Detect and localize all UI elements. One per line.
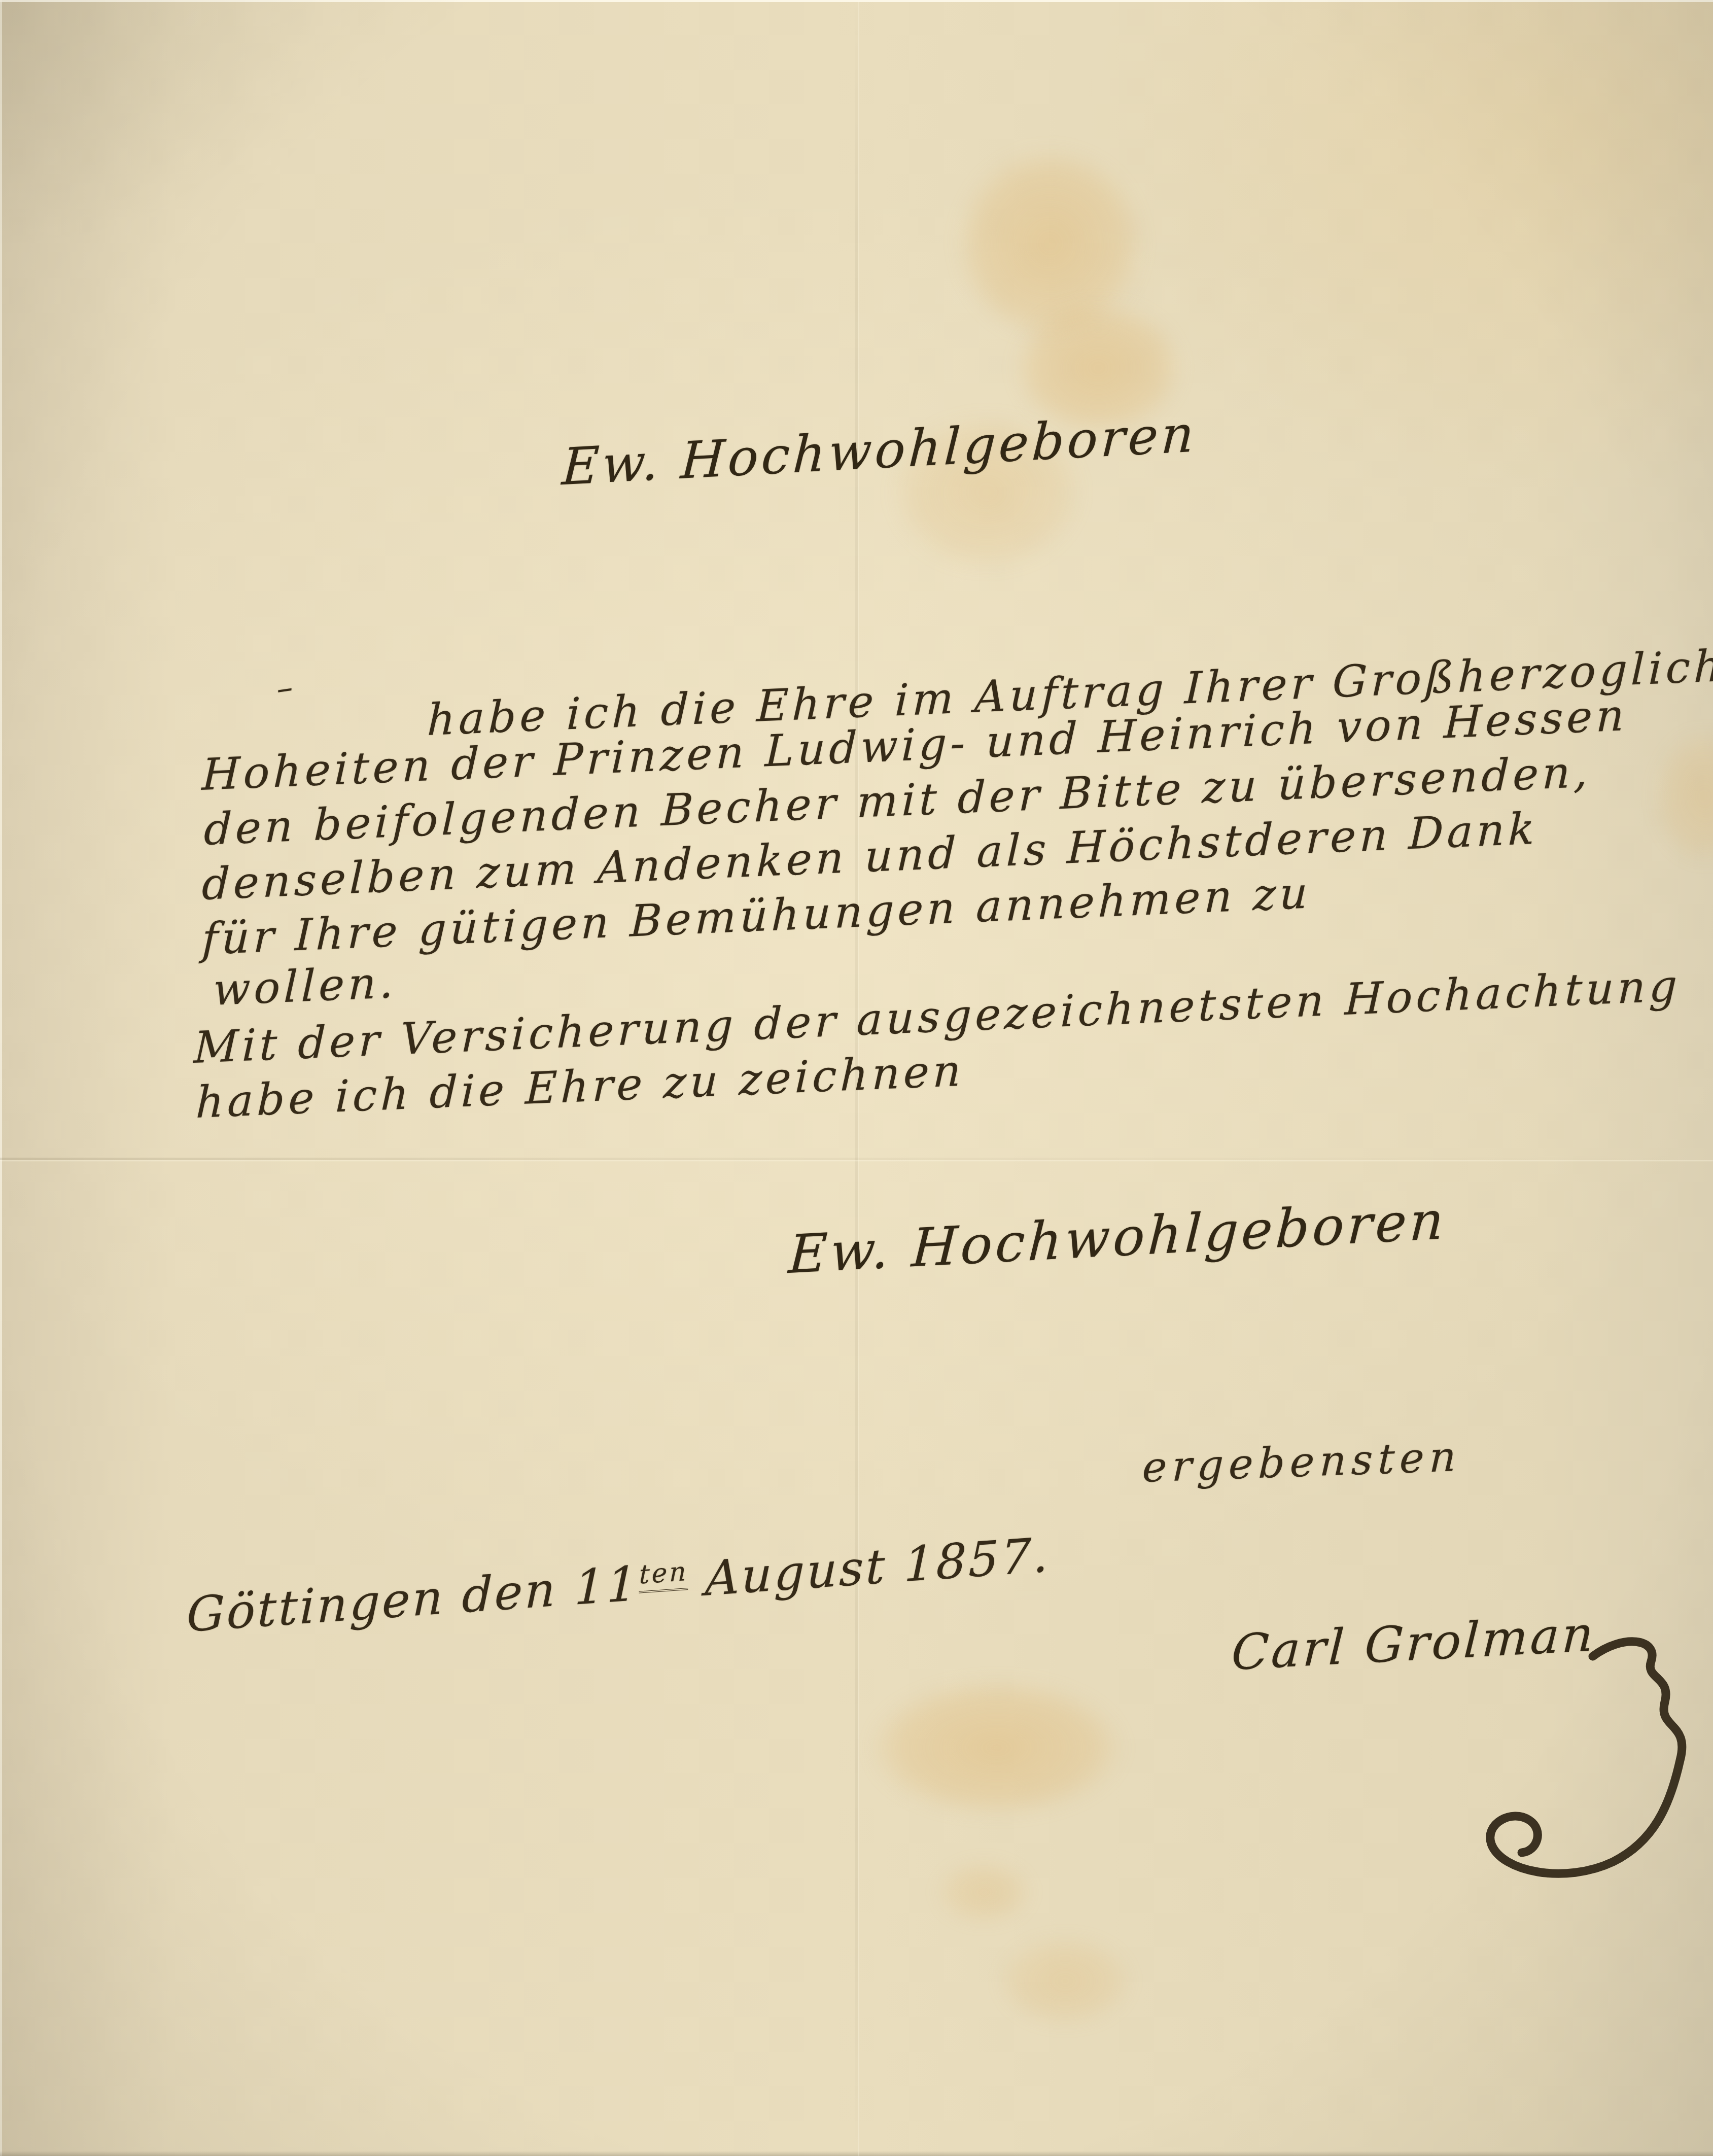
dateline-ordinal-superscript: ten <box>639 1556 688 1593</box>
dateline-post: August 1857. <box>687 1527 1051 1608</box>
scan-edge-left <box>0 0 2 2156</box>
stain-bottom-3 <box>979 1923 1151 2039</box>
stain-right-edge <box>1638 710 1713 883</box>
valediction: ergebensten <box>1141 1433 1462 1492</box>
margin-dash-mark: – <box>274 669 295 708</box>
signature-flourish-icon <box>1441 1618 1713 1943</box>
letter-page: Ew. Hochwohlgeboren – habe ich die Ehre … <box>0 0 1713 2156</box>
dateline: Göttingen den 11ten August 1857. <box>186 1527 1051 1643</box>
dateline-pre: Göttingen den 11 <box>186 1556 640 1643</box>
fold-crease-horizontal <box>0 1158 1713 1160</box>
stain-bottom-1 <box>832 1659 1162 1836</box>
stain-bottom-2 <box>923 1852 1045 1933</box>
closing-salutation: Ew. Hochwohlgeboren <box>787 1189 1448 1285</box>
body-line-6: wollen. <box>213 957 398 1016</box>
